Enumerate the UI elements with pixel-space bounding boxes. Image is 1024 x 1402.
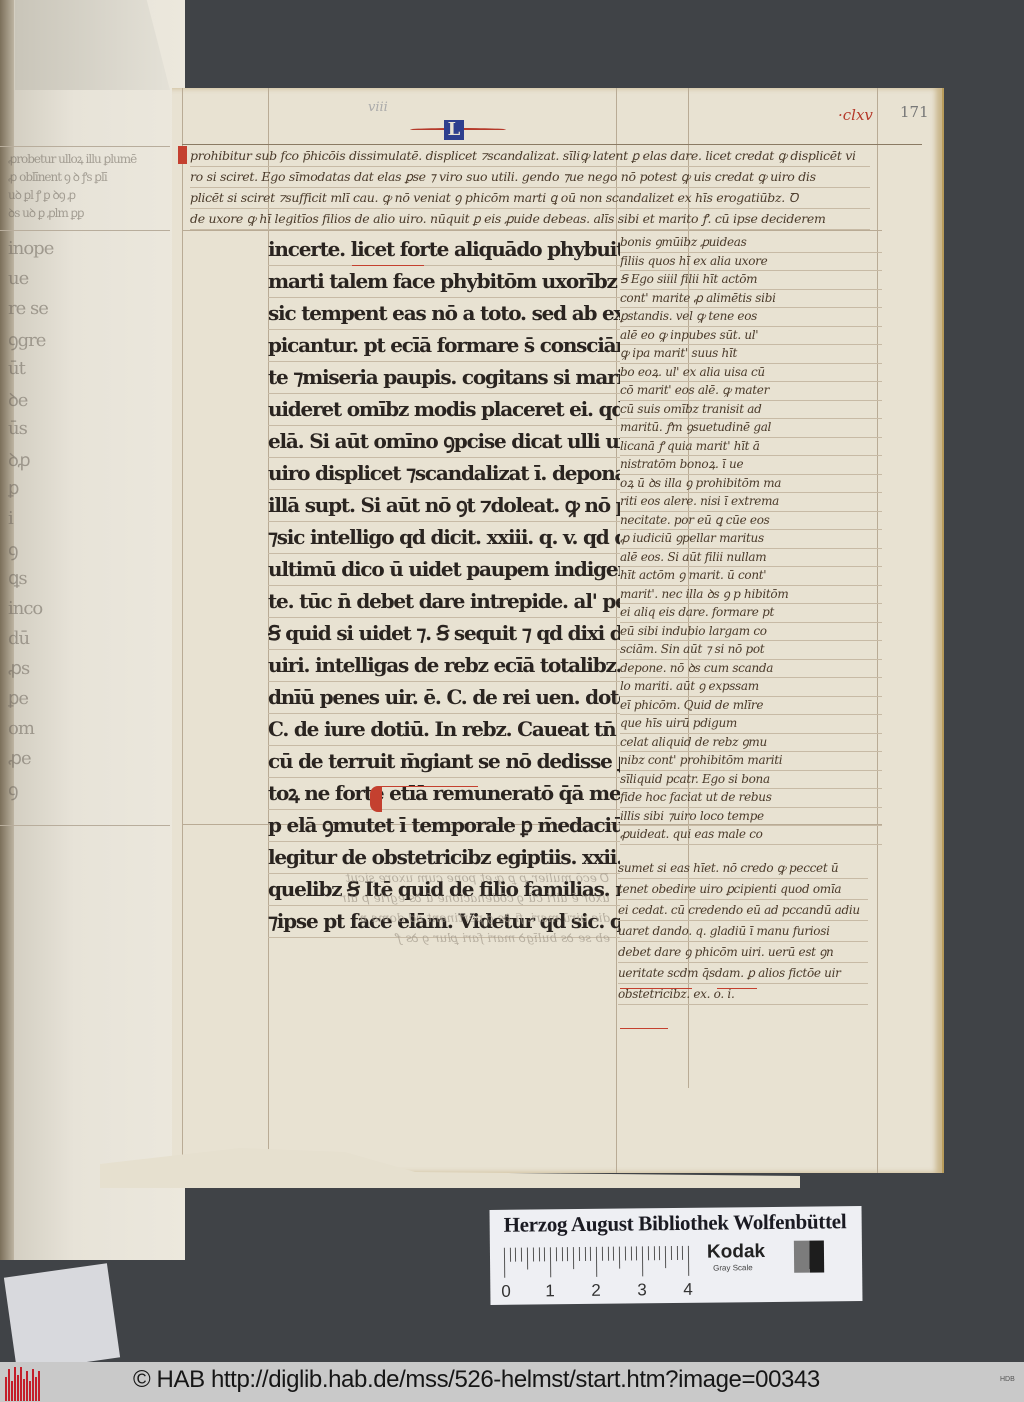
text-line: elā. Si aūt omīno ꝯpcise dicat ulli uxor… <box>268 426 620 458</box>
left-gloss-line: uꝺ ꝑl ꝭ ꝑ ꝺꝯ ꝓ <box>8 186 75 203</box>
gloss-line: maritū. ꝭm ꝯsuetudinē gal <box>620 419 882 438</box>
gloss-line: que hīs uirū pdigum <box>620 715 882 734</box>
offset-line: eb se ꝺs bulīgꝺ mari fari ꝑlur ꝯ ꝺs ꝭ <box>280 928 610 948</box>
gloss-line: cō marit' eos alē. ꝙ mater <box>620 382 882 401</box>
left-text-line: ꝺe <box>8 388 27 412</box>
text-line: uideret omībz modis placeret ei. qd sibi… <box>268 394 620 426</box>
left-text-line: ꝺꝓ <box>8 448 30 472</box>
left-gloss-line: ꝓrobetur ulloꝝ illu ꝑlumē <box>8 150 136 167</box>
ruler-label: 0 <box>501 1282 511 1302</box>
gloss-line: hīt actōm ꝯ marit. ū cont' <box>620 567 882 586</box>
right-gloss-column: bonis ꝯmūibz ꝓuideas filiis quos hī ex a… <box>620 234 882 845</box>
hab-logo-icon <box>5 1365 25 1401</box>
text-line: illā supt. Si aūt nō ꝯt ⁊doleat. ꝙ nō pt… <box>268 490 620 522</box>
gloss-line: ꝓ iudiciū ꝯpellar maritus <box>620 530 882 549</box>
left-text-line: ꝯ <box>8 538 18 562</box>
decorated-initial: L <box>444 120 464 140</box>
gloss-line: ꝓuideat. qui eas male co <box>620 826 882 845</box>
library-name: Herzog August Bibliothek Wolfenbüttel <box>504 1209 847 1238</box>
text-line: incerte. licet forte aliquādo phybuit or… <box>268 234 620 266</box>
left-gloss-line: ꝓ oblīnent ꝯ ꝺ ꝭs ꝑlī <box>8 168 107 185</box>
left-text-line: i <box>8 508 13 529</box>
ruler-label: 2 <box>591 1281 601 1301</box>
gloss-line: ei aliq eis dare. formare pt <box>620 604 882 623</box>
gloss-line: sciām. Sin aūt ⁊ si nō pot <box>620 641 882 660</box>
gloss-line: uaret dando. q. gladiū ī manu furiosi <box>618 921 868 942</box>
ruler-tick <box>642 1246 643 1276</box>
ruler-tick <box>504 1248 505 1278</box>
gloss-line: marit'. nec illa ꝺs ꝯ p hibitōm <box>620 586 882 605</box>
offset-line: uxor ē uiri cū ꝯ cōdenacione ū ꝺs egrie … <box>280 888 610 908</box>
gloss-line: bo eoꝝ. ul' ex alia uisa cū <box>620 364 882 383</box>
top-gloss: prohibitur sub fco p̄hicōis dissimulatē.… <box>190 146 870 230</box>
gloss-line: ꝙ ipa marit' suus hīt <box>620 345 882 364</box>
gloss-line: alē eo ꝙ inpubes sūt. ul' <box>620 327 882 346</box>
left-text-line: dū <box>8 628 29 649</box>
manuscript-folio: prohibitur sub fco p̄hicōis dissimulatē.… <box>172 88 942 1173</box>
gloss-line: nibz cont' prohibitōm mariti <box>620 752 882 771</box>
text-line: te. tūc n̄ debet dare intrepide. al' pec… <box>268 586 620 618</box>
text-line: dnīū penes uir. ē. C. de rei uen. dote a… <box>268 682 620 714</box>
gloss-line: illis sibi ⁊uiro loco tempe <box>620 808 882 827</box>
left-text-line: om <box>8 718 34 739</box>
gloss-line: celat aliquid de rebz ꝯmu <box>620 734 882 753</box>
ruler-label: 3 <box>637 1280 647 1300</box>
text-line: p elā ꝯmutet ī temporale ꝑ m̄edaciū sicu… <box>268 810 620 842</box>
text-line: picantur. pt ecīā formare s̄ consciām ex… <box>268 330 620 362</box>
left-text-line: ꝓe <box>8 748 31 769</box>
gloss-line: eū sibi indubio largam co <box>620 623 882 642</box>
text-line: sic tempent eas nō a toto. sed ab excess… <box>268 298 620 330</box>
show-through-text: Ꝺ ecō mulier ꝓ ꝑ ꝙ et pone cum uxore sic… <box>280 868 610 948</box>
ruler-label: 1 <box>545 1281 555 1301</box>
left-text-line: ūs <box>8 418 27 439</box>
red-stroke <box>378 786 478 787</box>
left-text-line: ꝑe <box>8 688 28 709</box>
left-page: ꝓrobetur ulloꝝ illu ꝑlumē ꝓ oblīnent ꝯ ꝺ… <box>0 0 185 1260</box>
gloss-line: cū suis omībz tranisit ad <box>620 401 882 420</box>
text-line: C. de iure dotiū. In rebz. Caueat tn̄ m̄… <box>268 714 620 746</box>
rule-line <box>0 146 170 147</box>
color-calibration-card: Herzog August Bibliothek Wolfenbüttel 0 … <box>490 1206 863 1305</box>
text-line: te ⁊miseria paupis. cogitans si maritus … <box>268 362 620 394</box>
rule-line <box>182 144 922 145</box>
gloss-line: oꝝ ū ꝺs illa ꝯ prohibitōm ma <box>620 475 882 494</box>
rule-line <box>0 230 170 231</box>
left-text-line: inope <box>8 238 53 259</box>
gloss-line: plicēt si sciret ⁊sufficit mlī cau. ꝙ nō… <box>190 188 870 209</box>
rule-line <box>0 825 170 826</box>
gloss-line: sīliquid pcatr. Ego si bona <box>620 771 882 790</box>
offset-line: Ꝺ ecō mulier ꝓ ꝑ ꝙ et pone cum uxore sic… <box>280 868 610 888</box>
left-text-line: ꝯ <box>8 778 18 802</box>
gray-scale-patch <box>794 1240 824 1272</box>
left-text-line: ūt <box>8 358 25 379</box>
gloss-line: eī phicōm. Quid de mlīre <box>620 697 882 716</box>
ruler-tick <box>688 1246 689 1276</box>
gloss-line: tenet obedire uiro ꝑcipienti quod omīa <box>618 879 868 900</box>
gloss-line: prohibitur sub fco p̄hicōis dissimulatē.… <box>190 146 870 167</box>
gloss-line: bonis ꝯmūibz ꝓuideas <box>620 234 882 253</box>
left-text-line: ꝓs <box>8 658 29 679</box>
folio-number-rubric: ·clxv <box>838 106 873 124</box>
copyright-url: © HAB http://diglib.hab.de/mss/526-helms… <box>133 1366 820 1394</box>
left-text-line: ꝯgre <box>8 328 45 352</box>
gloss-line: ꝑstandis. vel ꝙ tene eos <box>620 308 882 327</box>
red-paragraph-mark <box>178 146 187 164</box>
gloss-line: fide hoc faciat ut de rebus <box>620 789 882 808</box>
scale-ruler: 0 1 2 3 4 <box>504 1246 690 1288</box>
folio-number-pencil: 171 <box>900 103 929 121</box>
pencil-note: viii <box>368 100 388 115</box>
red-underline <box>717 988 757 989</box>
secondary-color-card <box>4 1263 120 1362</box>
gloss-line: debet dare ꝯ phicōm uiri. uerū est ꝯn <box>618 942 868 963</box>
footer-mini-label: HDB <box>1000 1376 1015 1383</box>
gloss-line: necitate. por eū ꝗ cūe eos <box>620 512 882 531</box>
manuscript-viewer: ꝓrobetur ulloꝝ illu ꝑlumē ꝓ oblīnent ꝯ ꝺ… <box>0 0 1024 1362</box>
left-text-line: inco <box>8 598 42 619</box>
gloss-line: filiis quos hī ex alia uxore <box>620 253 882 272</box>
red-underline <box>620 988 692 989</box>
gloss-line: ei cedat. cū credendo eū ad pccandū adiu <box>618 900 868 921</box>
red-underline <box>620 1028 668 1029</box>
text-line: toꝝ ne forte etīā remuneratō q̄ā meruera… <box>268 778 620 810</box>
text-line: ultimū dico ū uidet paupem indigere ad m… <box>268 554 620 586</box>
gloss-line: de uxore ꝙ hī legitīos filios de alio ui… <box>190 209 870 230</box>
gloss-line: depone. nō ꝺs cum scanda <box>620 660 882 679</box>
rule-line <box>182 230 882 231</box>
gloss-line: sumet si eas hīet. nō credo ꝙ peccet ū <box>618 858 868 879</box>
ruler-tick <box>596 1247 597 1277</box>
gray-scale-label: Gray Scale <box>713 1263 753 1272</box>
ruler-label: 4 <box>683 1280 693 1300</box>
left-text-line: ꝗs <box>8 568 27 589</box>
text-line: cū de terruit m̄giant se nō dedisse ꝑ me… <box>268 746 620 778</box>
lower-gloss-column: sumet si eas hīet. nō credo ꝙ peccet ū t… <box>618 858 868 1005</box>
text-line: uiro displicet ⁊scandalizat ī. deponat c… <box>268 458 620 490</box>
gloss-line: cont' marite ꝓ alimētis sibi <box>620 290 882 309</box>
red-initial-C <box>370 786 382 812</box>
text-line: Ꞩ quid si uidet ⁊. Ꞩ sequit ⁊ qd dixi de… <box>268 618 620 650</box>
left-gloss-line: ꝺs uꝺ ꝑ ꝓlm ꝑꝑ <box>8 204 83 221</box>
main-text-column: incerte. licet forte aliquādo phybuit or… <box>268 234 620 938</box>
text-line: uiri. intelligas de rebz ecīā totalibz. … <box>268 650 620 682</box>
text-line: ⁊sic intelligo qd dicit. xxiii. q. v. qd… <box>268 522 620 554</box>
gloss-line: ro si sciret. Ego sīmodatas dat elas ꝑse… <box>190 167 870 188</box>
gloss-line: licanā ꝭ quia marit' hīt ā <box>620 438 882 457</box>
text-line: marti talem face phybitōm uxorībz ab sol… <box>268 266 620 298</box>
gloss-line: nistratōm bonoꝝ. ī ue <box>620 456 882 475</box>
page-flap <box>15 0 170 90</box>
offset-line: dic uirū mari. fi ꝺs ꝯ pertinent ad doma… <box>280 908 610 928</box>
gloss-line: ueritate scdm q̄sdam. ꝑ alios fictōe uir <box>618 963 868 984</box>
gloss-line: riti eos alere. nisi ī extrema <box>620 493 882 512</box>
gloss-line: lo mariti. aūt ꝯ expssam <box>620 678 882 697</box>
gloss-line: Ꞩ Ego siiil filii hīt actōm <box>620 271 882 290</box>
gloss-line: alē eos. Si aūt filii nullam <box>620 549 882 568</box>
left-text-line: ue <box>8 268 28 289</box>
footer-bar: © HAB http://diglib.hab.de/mss/526-helms… <box>0 1362 1024 1402</box>
red-underline <box>352 265 424 266</box>
ruler-tick <box>550 1247 551 1277</box>
left-text-line: re se <box>8 298 48 319</box>
kodak-brand: Kodak <box>707 1241 765 1264</box>
rule-line <box>182 88 183 1173</box>
left-text-line: ꝑ <box>8 478 18 499</box>
